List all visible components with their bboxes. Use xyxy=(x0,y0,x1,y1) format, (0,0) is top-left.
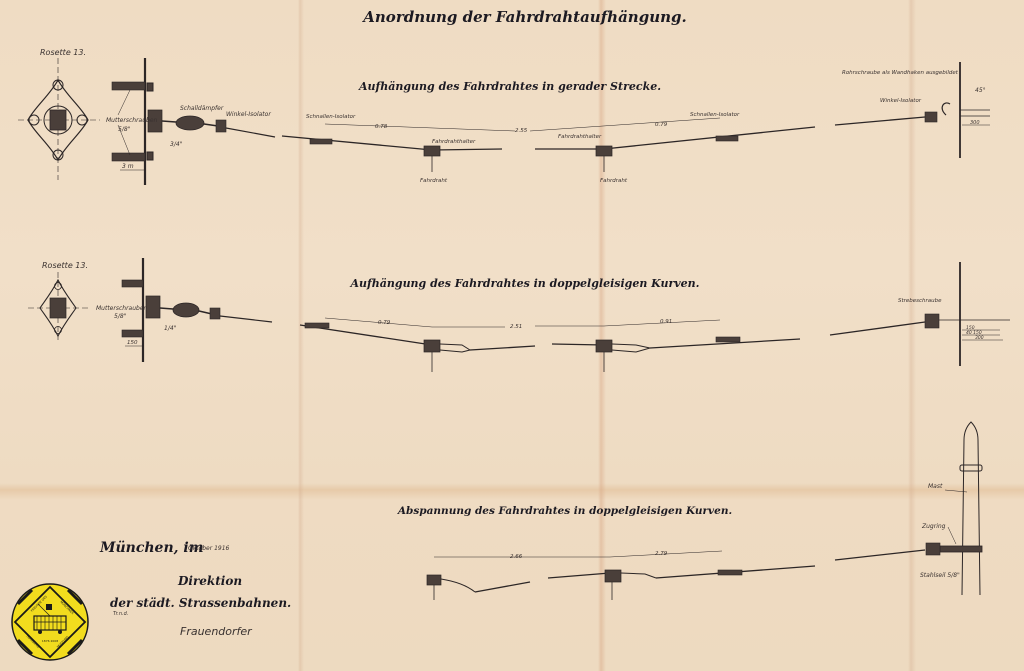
catenary-double-curve xyxy=(300,318,925,372)
wall-tension-2 xyxy=(925,262,1010,366)
label-hanger-right: Fahrdrahthalter xyxy=(558,134,602,140)
logo-year: 1876 2008 xyxy=(42,639,58,643)
signature: Frauendorfer xyxy=(180,625,253,638)
label-hanger-left: Fahrdrahthalter xyxy=(432,139,476,145)
label-wall-dim: 300 xyxy=(970,120,980,126)
label-fitting-size-1: 3/4" xyxy=(170,141,183,148)
label-mast: Mast xyxy=(928,483,943,490)
rosette-label-2: Rosette 13. xyxy=(42,261,88,270)
initials-note: Tr.n.d. xyxy=(113,611,128,617)
dim-2-c: 0.91 xyxy=(660,319,672,325)
label-angle-insulator-right: Winkel-Isolator xyxy=(880,98,922,104)
label-angle: 45° xyxy=(975,87,986,94)
dim-1-c: 0.79 xyxy=(655,122,668,128)
authority-line-2: der städt. Strassenbahnen. xyxy=(110,596,291,610)
dim-3-b: 2.79 xyxy=(655,551,668,557)
catenary-anchoring xyxy=(427,550,925,600)
drawing-title: Anordnung der Fahrdrahtaufhängung. xyxy=(361,8,686,26)
section-3-heading: Abspannung des Fahrdrahtes in doppelglei… xyxy=(397,505,732,517)
label-hook-bolt: Rohrschraube als Wandhaken ausgebildet xyxy=(842,70,959,76)
dim-1-a: 0.78 xyxy=(375,124,388,130)
authority-line-1: Direktion xyxy=(177,574,242,588)
label-tension-screw: Strebeschraube xyxy=(898,298,942,304)
technical-drawing: Anordnung der Fahrdrahtaufhängung. Roset… xyxy=(0,0,1024,671)
dim-1-b: 2.55 xyxy=(515,128,528,134)
dim-2-b: 2.51 xyxy=(510,324,522,330)
label-bolts-2: Mutterschrauben xyxy=(96,305,148,312)
museum-logo: 1876 2008 FREUNDE DES MÜNCHNER TRAMBAHN … xyxy=(10,582,90,662)
mast-drawing xyxy=(926,422,982,595)
label-damper: Schalldämpfer xyxy=(180,105,224,112)
label-ring: Zugring xyxy=(921,523,946,530)
section-1-heading: Aufhängung des Fahrdrahtes in gerader St… xyxy=(358,80,661,93)
dim-3-a: 2.66 xyxy=(510,554,523,560)
rosette-label-1: Rosette 13. xyxy=(40,48,86,57)
section-2-heading: Aufhängung des Fahrdrahtes in doppelglei… xyxy=(349,277,699,290)
label-strain-insulator-left: Schnallen-Isolator xyxy=(306,114,356,120)
label-bolts-1: Mutterschrauben xyxy=(106,117,158,124)
label-wire-right: Fahrdraht xyxy=(600,178,628,184)
drawing-sheet: Anordnung der Fahrdrahtaufhängung. Roset… xyxy=(0,0,1024,671)
label-wire-left: Fahrdraht xyxy=(420,178,448,184)
rosette-drawing-1 xyxy=(18,58,100,180)
date-handwritten: Oktober 1916 xyxy=(188,545,230,552)
rosette-drawing-2 xyxy=(28,272,88,340)
label-spacing-1: 3 m xyxy=(122,163,134,170)
label-bolts-size-1: 5/8" xyxy=(118,126,131,133)
label-fitting-size-2: 1/4" xyxy=(164,325,177,332)
wall-hook-1 xyxy=(925,62,990,158)
dim-wall-c: 300 xyxy=(975,335,984,341)
label-bolts-size-2: 5/8" xyxy=(114,313,127,320)
dim-2-a: 0.79 xyxy=(378,320,391,326)
label-spacing-2: 150 xyxy=(127,340,138,346)
label-steel-wire: Stahlseil 5/8" xyxy=(920,572,960,579)
label-strain-insulator-right: Schnallen-Isolator xyxy=(690,112,740,118)
label-angle-insulator-left: Winkel-Isolator xyxy=(226,111,271,118)
